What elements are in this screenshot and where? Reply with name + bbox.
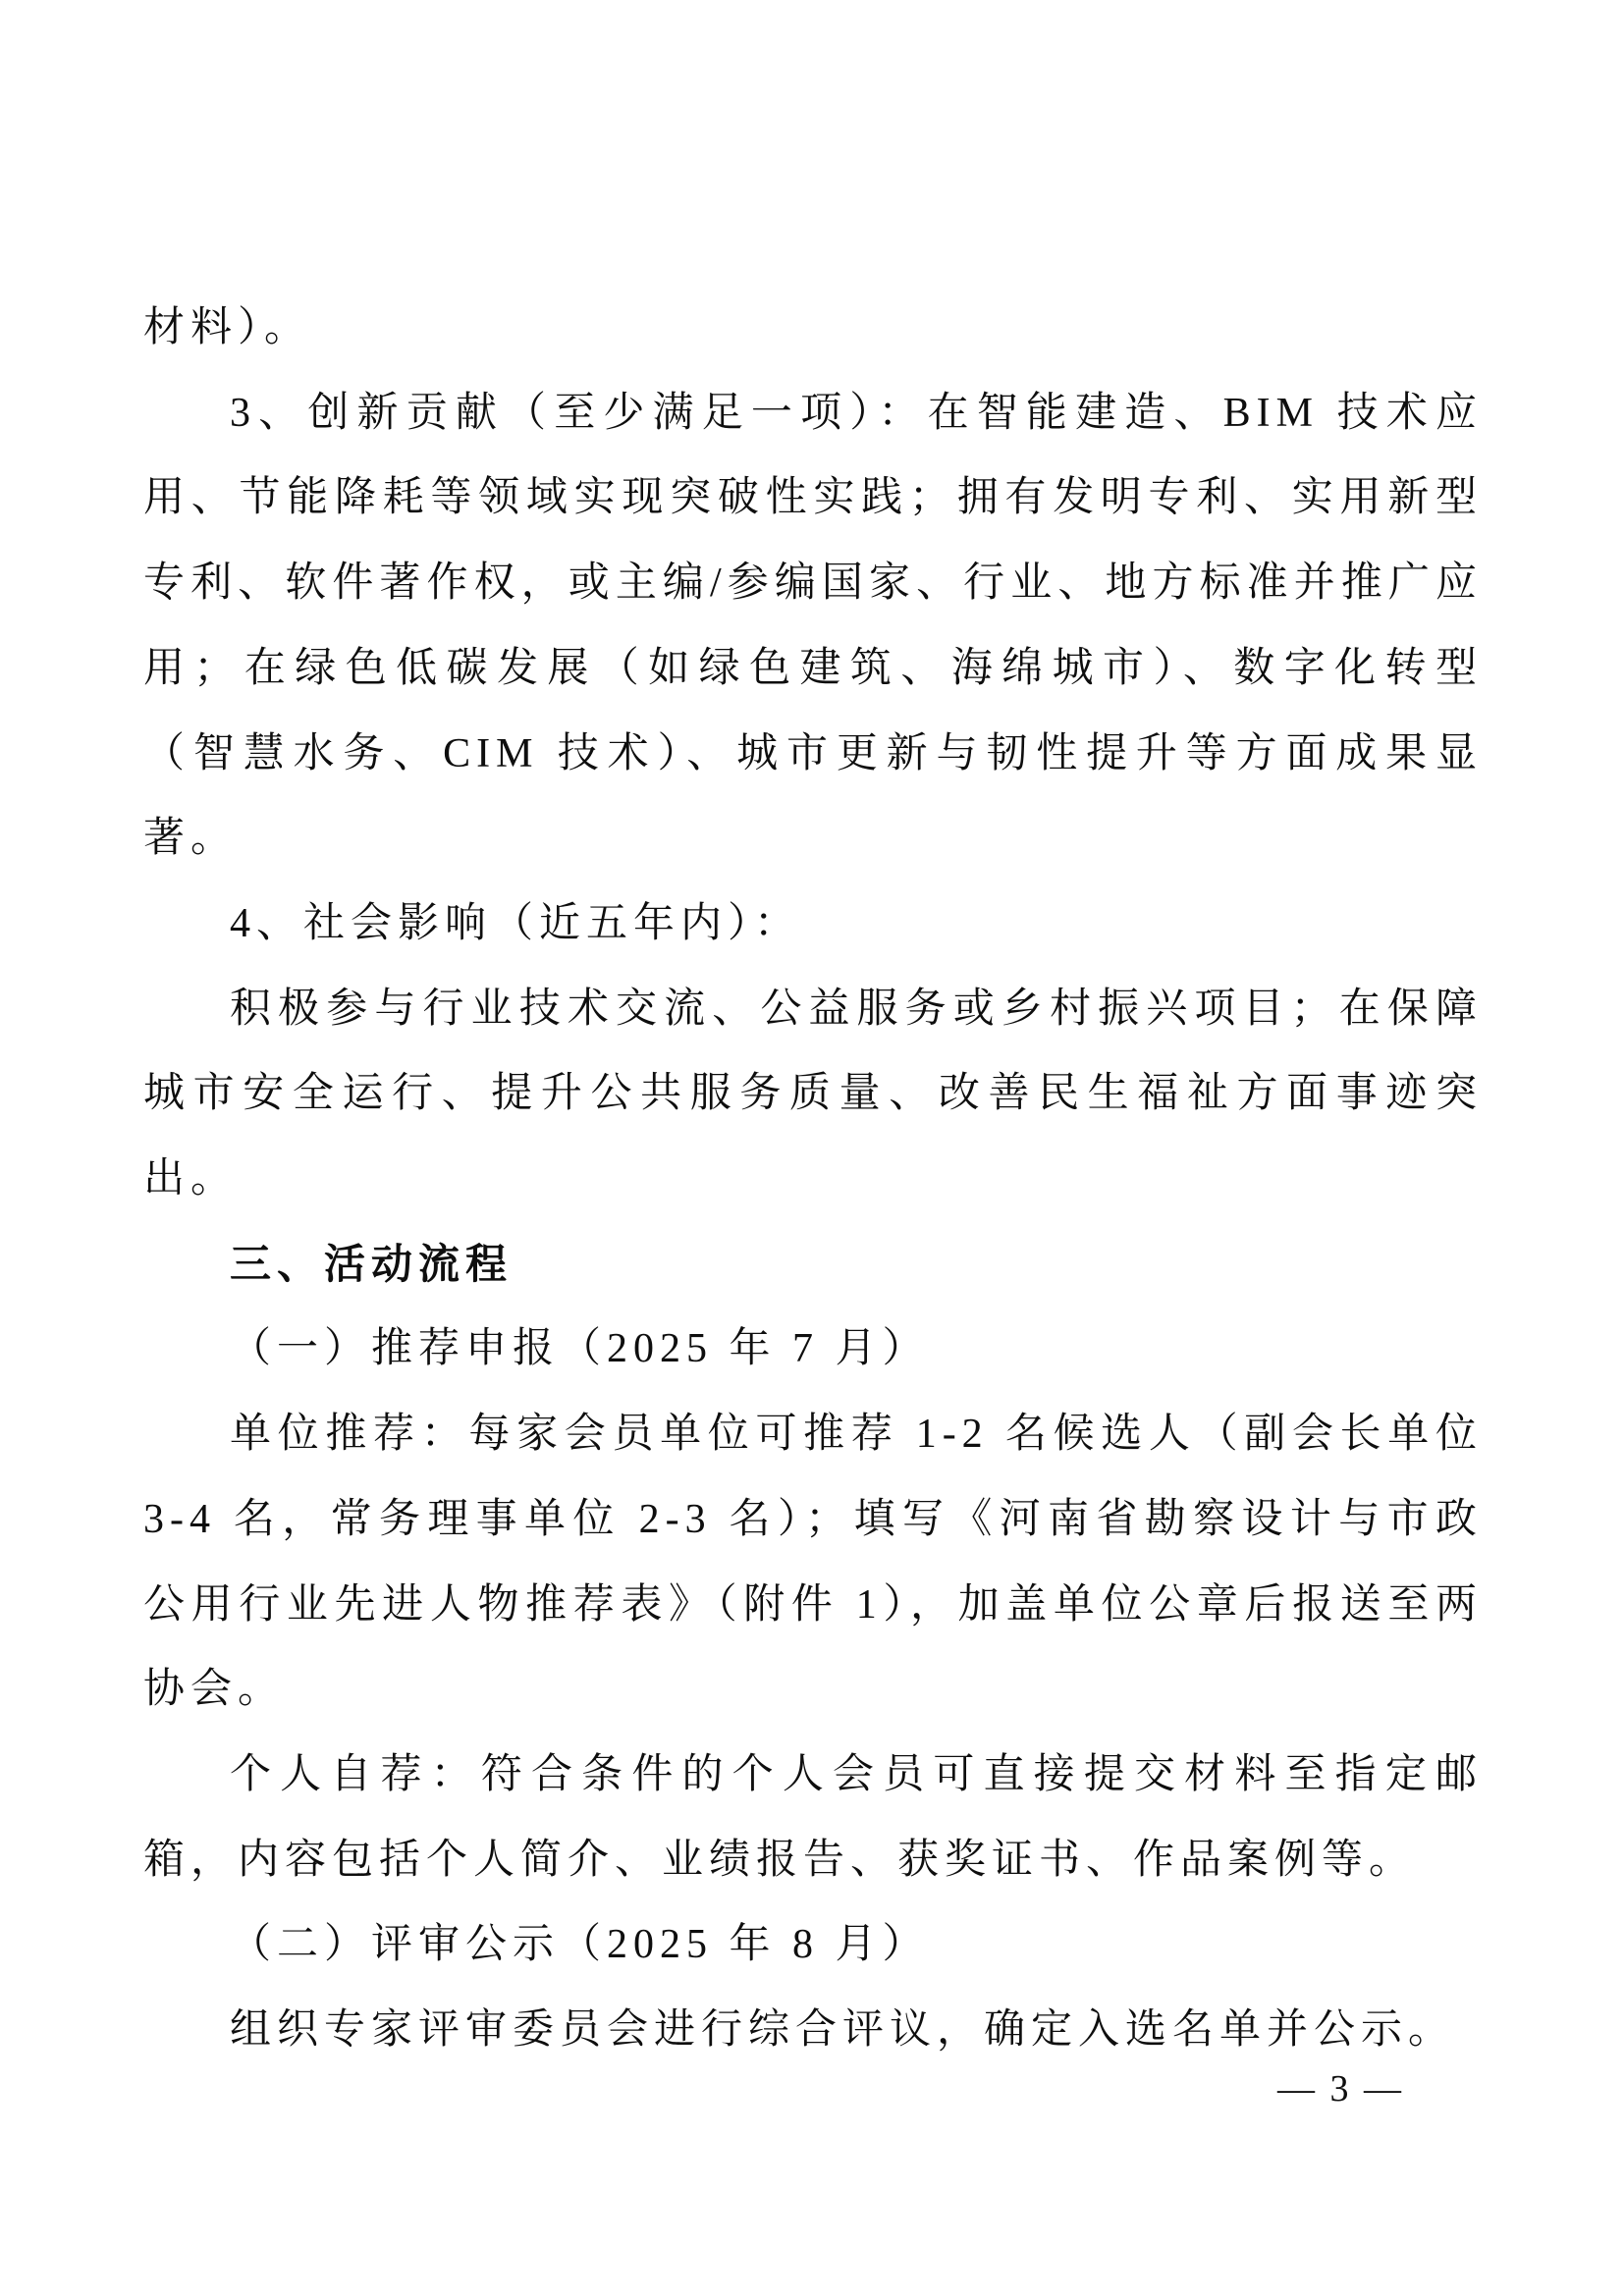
page-number: — 3 — (1277, 2067, 1404, 2110)
paragraph-review-process: 组织专家评审委员会进行综合评议，确定入选名单并公示。 (143, 1988, 1483, 2073)
section-heading-activity-process: 三、活动流程 (143, 1222, 1483, 1308)
paragraph-unit-recommendation: 单位推荐：每家会员单位可推荐 1-2 名候选人（副会长单位 3-4 名，常务理事… (143, 1392, 1483, 1733)
paragraph-innovation-contribution: 3、创新贡献（至少满足一项）：在智能建造、BIM 技术应用、节能降耗等领域实现突… (143, 371, 1483, 881)
paragraph-continuation: 材料）。 (143, 286, 1483, 371)
subsection-heading-review-publicity: （二）评审公示（2025 年 8 月） (143, 1902, 1483, 1988)
document-body: 材料）。 3、创新贡献（至少满足一项）：在智能建造、BIM 技术应用、节能降耗等… (143, 286, 1483, 2073)
subsection-heading-recommendation-application: （一）推荐申报（2025 年 7 月） (143, 1307, 1483, 1392)
paragraph-social-impact-title: 4、社会影响（近五年内）： (143, 881, 1483, 967)
paragraph-self-recommendation: 个人自荐：符合条件的个人会员可直接提交材料至指定邮箱，内容包括个人简介、业绩报告… (143, 1733, 1483, 1902)
paragraph-social-impact-detail: 积极参与行业技术交流、公益服务或乡村振兴项目；在保障城市安全运行、提升公共服务质… (143, 967, 1483, 1222)
document-page: 材料）。 3、创新贡献（至少满足一项）：在智能建造、BIM 技术应用、节能降耗等… (0, 0, 1624, 2296)
